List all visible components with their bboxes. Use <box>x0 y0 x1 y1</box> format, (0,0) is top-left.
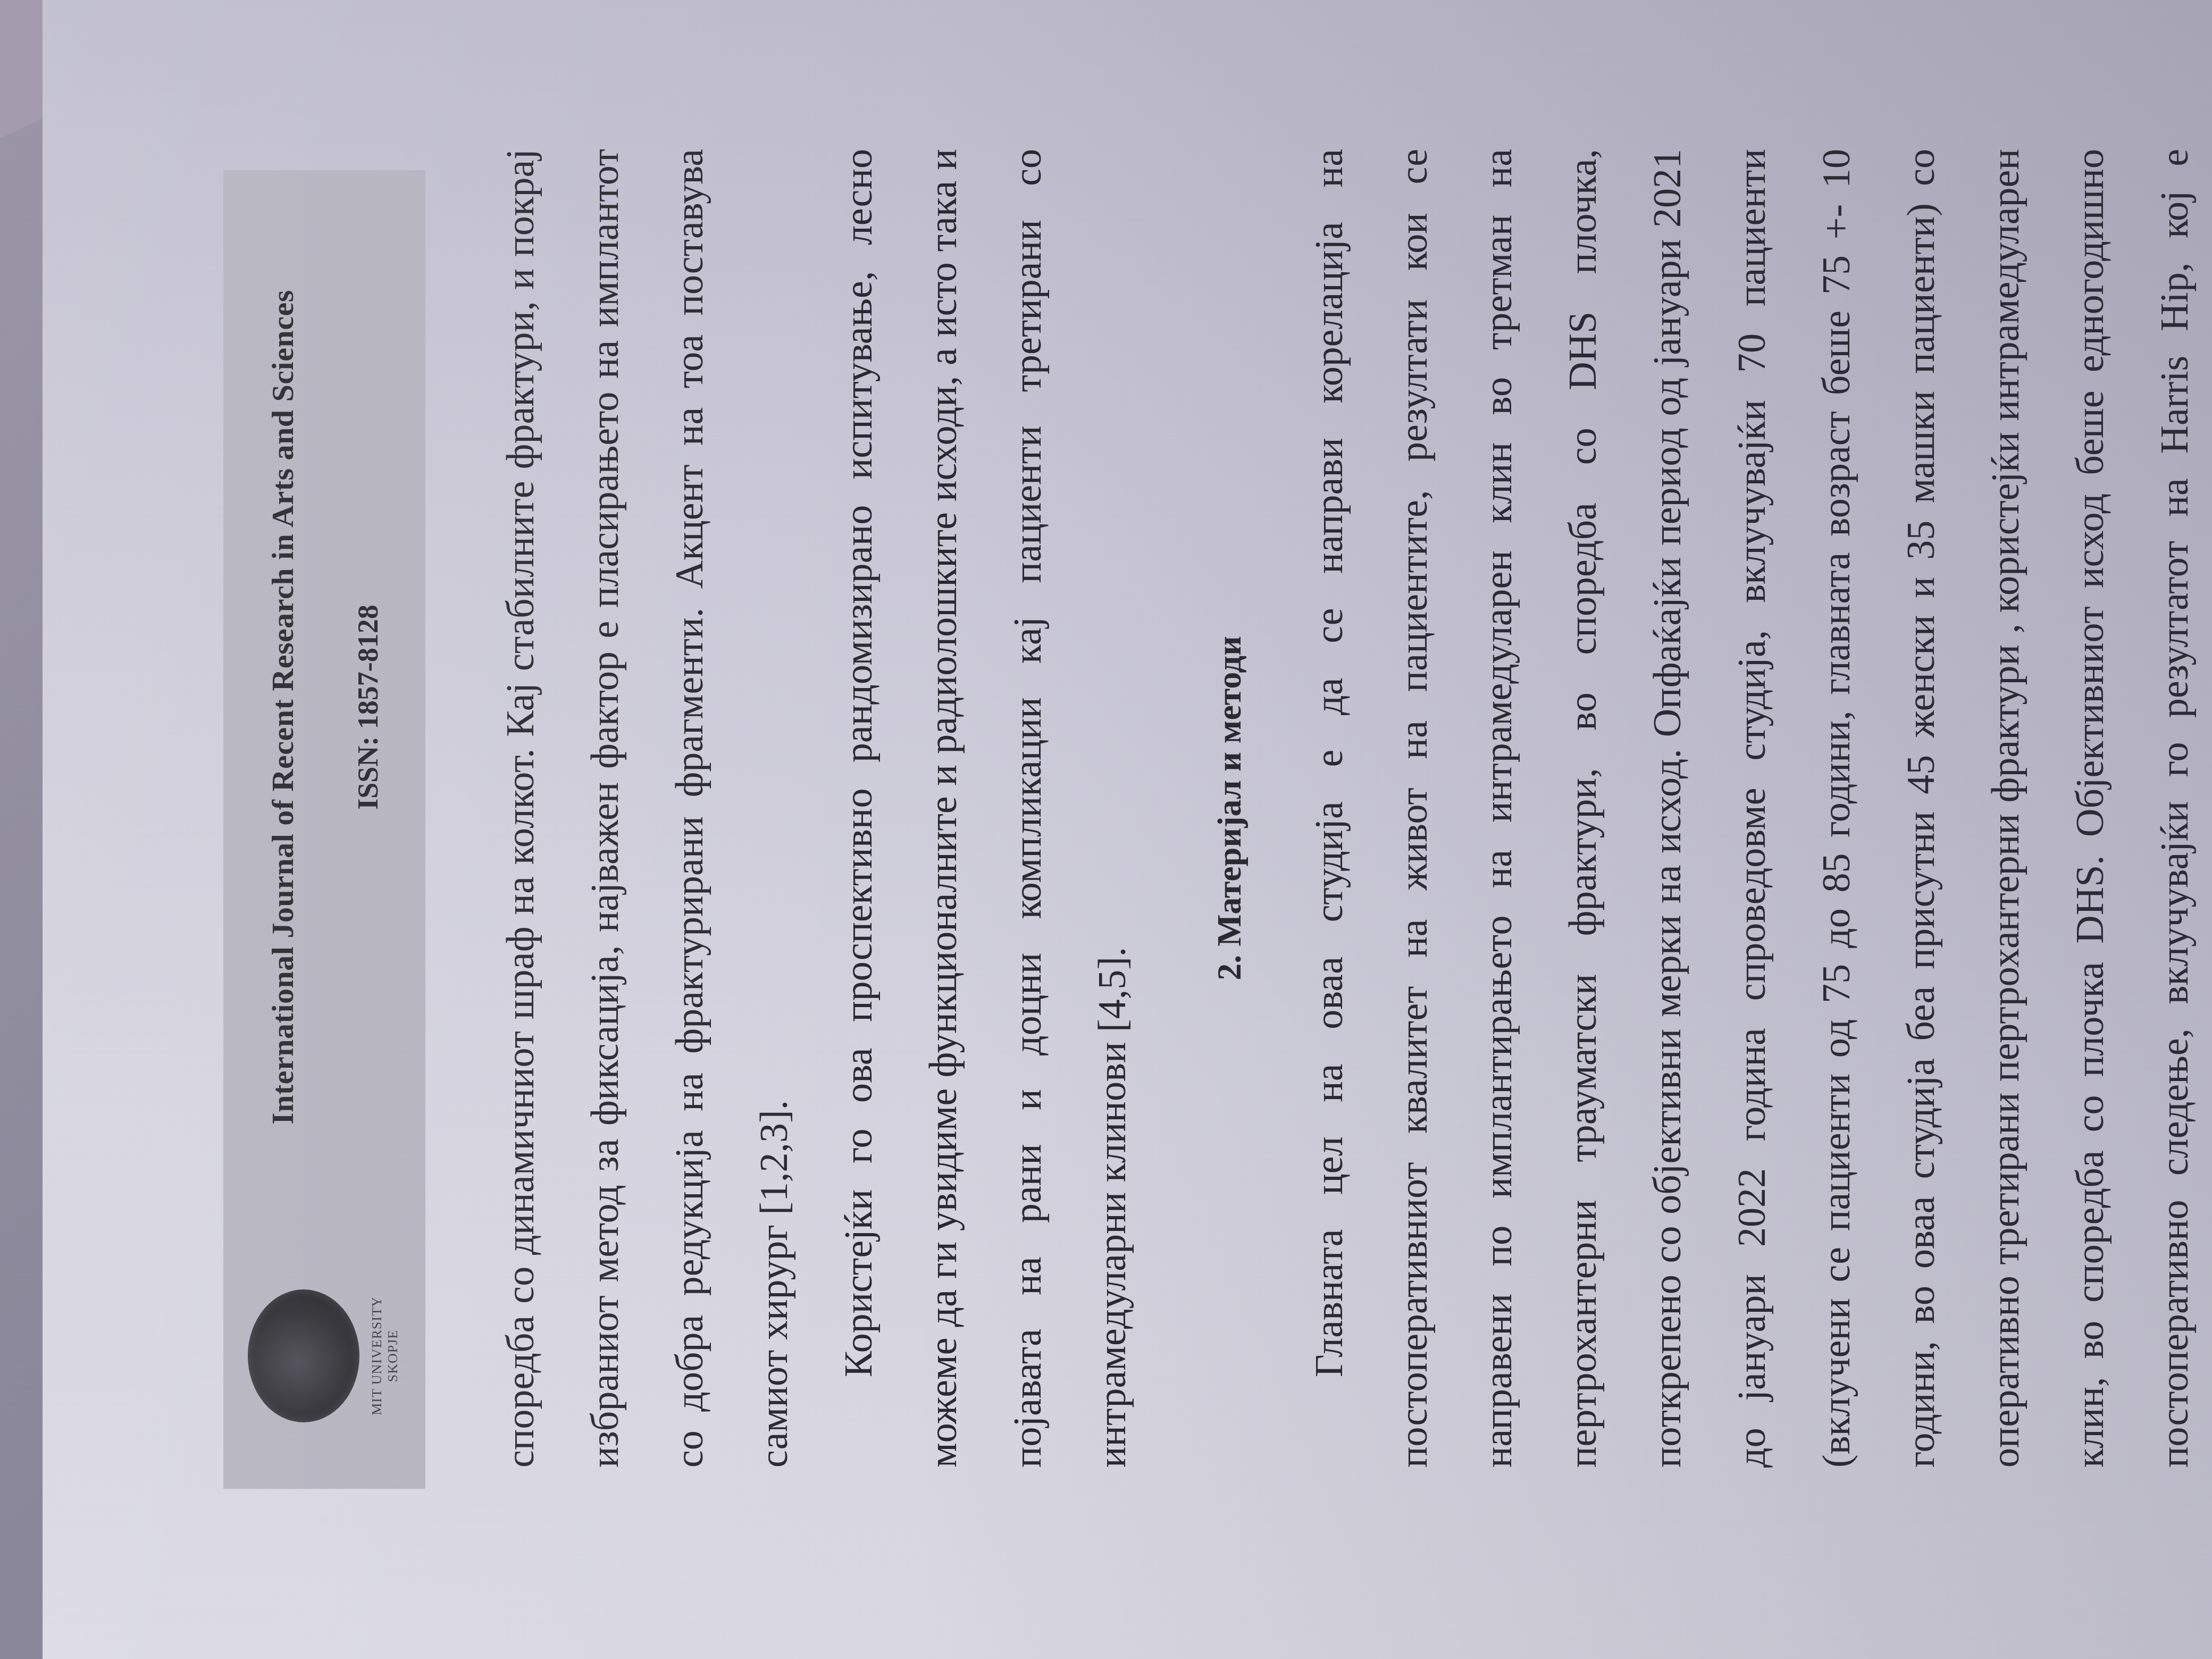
section-heading: 2. Материјал и методи <box>1187 149 1271 1468</box>
university-seal-icon <box>248 1289 359 1422</box>
journal-header: MIT UNIVERSITY SKOPJE International Jour… <box>223 170 425 1489</box>
journal-title: International Journal of Recent Research… <box>265 170 300 1244</box>
photo-scene: MIT UNIVERSITY SKOPJE International Jour… <box>0 0 2212 1659</box>
journal-meta: International Journal of Recent Research… <box>265 170 384 1244</box>
university-logo-block: MIT UNIVERSITY SKOPJE <box>248 1244 401 1468</box>
logo-caption-line2: SKOPJE <box>385 1296 401 1415</box>
journal-issn: ISSN: 1857-8128 <box>351 170 384 1244</box>
logo-caption: MIT UNIVERSITY SKOPJE <box>369 1296 401 1415</box>
body-text: споредба со динамичниот шраф на колкот. … <box>479 149 2212 1468</box>
methods-paragraph: Главната цел на оваа студија е да се нап… <box>1287 149 2212 1468</box>
page-content: MIT UNIVERSITY SKOPJE International Jour… <box>223 149 2212 1468</box>
logo-caption-line1: MIT UNIVERSITY <box>369 1296 385 1415</box>
intro-paragraph: споредба со динамичниот шраф на колкот. … <box>479 149 817 1468</box>
intro-paragraph: Користејќи го ова проспективно рандомизи… <box>817 149 1155 1468</box>
document-page: MIT UNIVERSITY SKOPJE International Jour… <box>43 0 2212 1659</box>
